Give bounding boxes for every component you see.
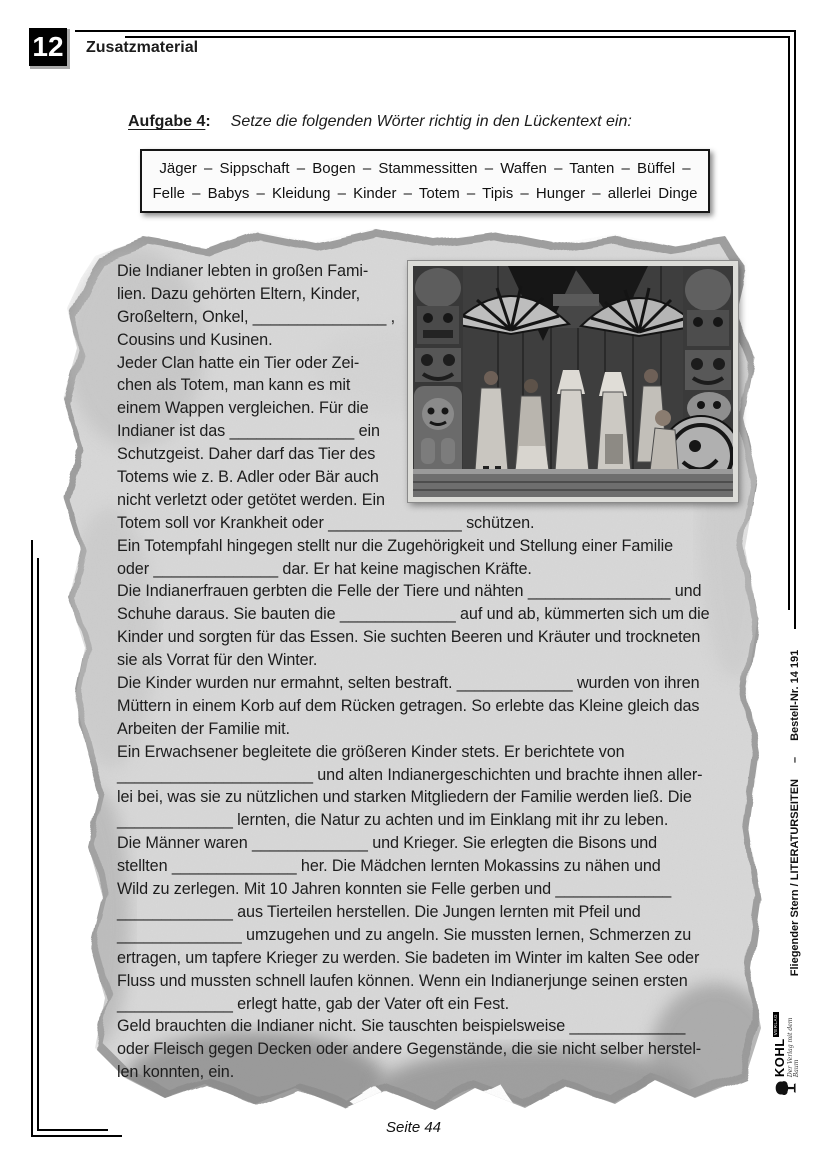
cloze-line: Ein Erwachsener begleitete die größeren … xyxy=(117,741,721,764)
cloze-line: _____________ aus Tierteilen herstellen.… xyxy=(117,901,721,924)
cloze-line: Wild zu zerlegen. Mit 10 Jahren konnten … xyxy=(117,878,721,901)
cloze-line: Großeltern, Onkel, _______________ , xyxy=(117,306,721,329)
publisher-slogan: Der Verlag mit dem Baum xyxy=(788,1012,800,1077)
imprint-separator: – xyxy=(789,757,801,763)
cloze-line: lien. Dazu gehörten Eltern, Kinder, xyxy=(117,283,721,306)
word-bank-row: Felle – Babys – Kleidung – Kinder – Tote… xyxy=(142,181,708,206)
cloze-line: nicht verletzt oder getötet werden. Ein xyxy=(117,489,721,512)
section-title: Zusatzmaterial xyxy=(86,39,198,57)
word-bank-row: Jäger – Sippschaft – Bogen – Stammessitt… xyxy=(142,156,708,181)
sidebar-imprint: Fliegender Stern / LITERATURSEITEN – Bes… xyxy=(788,618,802,1008)
publisher-name: KOHL xyxy=(773,1038,786,1077)
cloze-line: len konnten, ein. xyxy=(117,1061,721,1084)
cloze-line: Die Männer waren _____________ und Krieg… xyxy=(117,832,721,855)
publisher-logo: KOHL VERLAG Der Verlag mit dem Baum xyxy=(744,1012,827,1096)
cloze-line: Fluss und mussten schnell laufen können.… xyxy=(117,970,721,993)
cloze-line: Kinder und sorgten für das Essen. Sie su… xyxy=(117,626,721,649)
series-title: Fliegender Stern / LITERATURSEITEN xyxy=(789,779,801,976)
cloze-line: ertragen, um tapfere Krieger zu werden. … xyxy=(117,947,721,970)
task-label: Aufgabe 4 xyxy=(128,113,205,130)
chapter-number-badge: 12 xyxy=(29,28,67,66)
cloze-text: Die Indianer lebten in großen Fami-lien.… xyxy=(117,260,721,1084)
word-bank-box: Jäger – Sippschaft – Bogen – Stammessitt… xyxy=(140,149,710,213)
cloze-line: stellten ______________ her. Die Mädchen… xyxy=(117,855,721,878)
cloze-line: Jeder Clan hatte ein Tier oder Zei- xyxy=(117,352,721,375)
cloze-line: Ein Totempfahl hingegen stellt nur die Z… xyxy=(117,535,721,558)
cloze-line: _____________ lernten, die Natur zu acht… xyxy=(117,809,721,832)
cloze-line: Indianer ist das ______________ ein xyxy=(117,420,721,443)
cloze-line: ______________ umzugehen und zu angeln. … xyxy=(117,924,721,947)
order-number: Bestell-Nr. 14 191 xyxy=(789,650,801,741)
cloze-line: Die Indianerfrauen gerbten die Felle der… xyxy=(117,580,721,603)
cloze-line: Die Indianer lebten in großen Fami- xyxy=(117,260,721,283)
cloze-line: Schutzgeist. Daher darf das Tier des xyxy=(117,443,721,466)
cloze-line: Geld brauchten die Indianer nicht. Sie t… xyxy=(117,1015,721,1038)
task-line: Aufgabe 4:Setze die folgenden Wörter ric… xyxy=(128,113,632,131)
cloze-line: oder Fleisch gegen Decken oder andere Ge… xyxy=(117,1038,721,1061)
cloze-line: Schuhe daraus. Sie bauten die __________… xyxy=(117,603,721,626)
cloze-line: _____________ erlegt hatte, gab der Vate… xyxy=(117,993,721,1016)
task-colon: : xyxy=(205,113,210,130)
cloze-line: lei bei, was sie zu nützlichen und stark… xyxy=(117,786,721,809)
cloze-line: sie als Vorrat für den Winter. xyxy=(117,649,721,672)
page-number: Seite 44 xyxy=(0,1119,827,1136)
tree-icon xyxy=(772,1080,800,1096)
task-instruction: Setze die folgenden Wörter richtig in de… xyxy=(231,113,632,130)
cloze-line: chen als Totem, man kann es mit xyxy=(117,374,721,397)
cloze-line: Cousins und Kusinen. xyxy=(117,329,721,352)
cloze-line: oder ______________ dar. Er hat keine ma… xyxy=(117,558,721,581)
cloze-line: Müttern in einem Korb auf dem Rücken get… xyxy=(117,695,721,718)
cloze-line: Totem soll vor Krankheit oder __________… xyxy=(117,512,721,535)
publisher-label: VERLAG xyxy=(773,1012,780,1037)
cloze-line: Totems wie z. B. Adler oder Bär auch xyxy=(117,466,721,489)
cloze-line: Die Kinder wurden nur ermahnt, selten be… xyxy=(117,672,721,695)
cloze-line: einem Wappen vergleichen. Für die xyxy=(117,397,721,420)
cloze-line: Arbeiten der Familie mit. xyxy=(117,718,721,741)
cloze-line: ______________________ und alten Indiane… xyxy=(117,764,721,787)
